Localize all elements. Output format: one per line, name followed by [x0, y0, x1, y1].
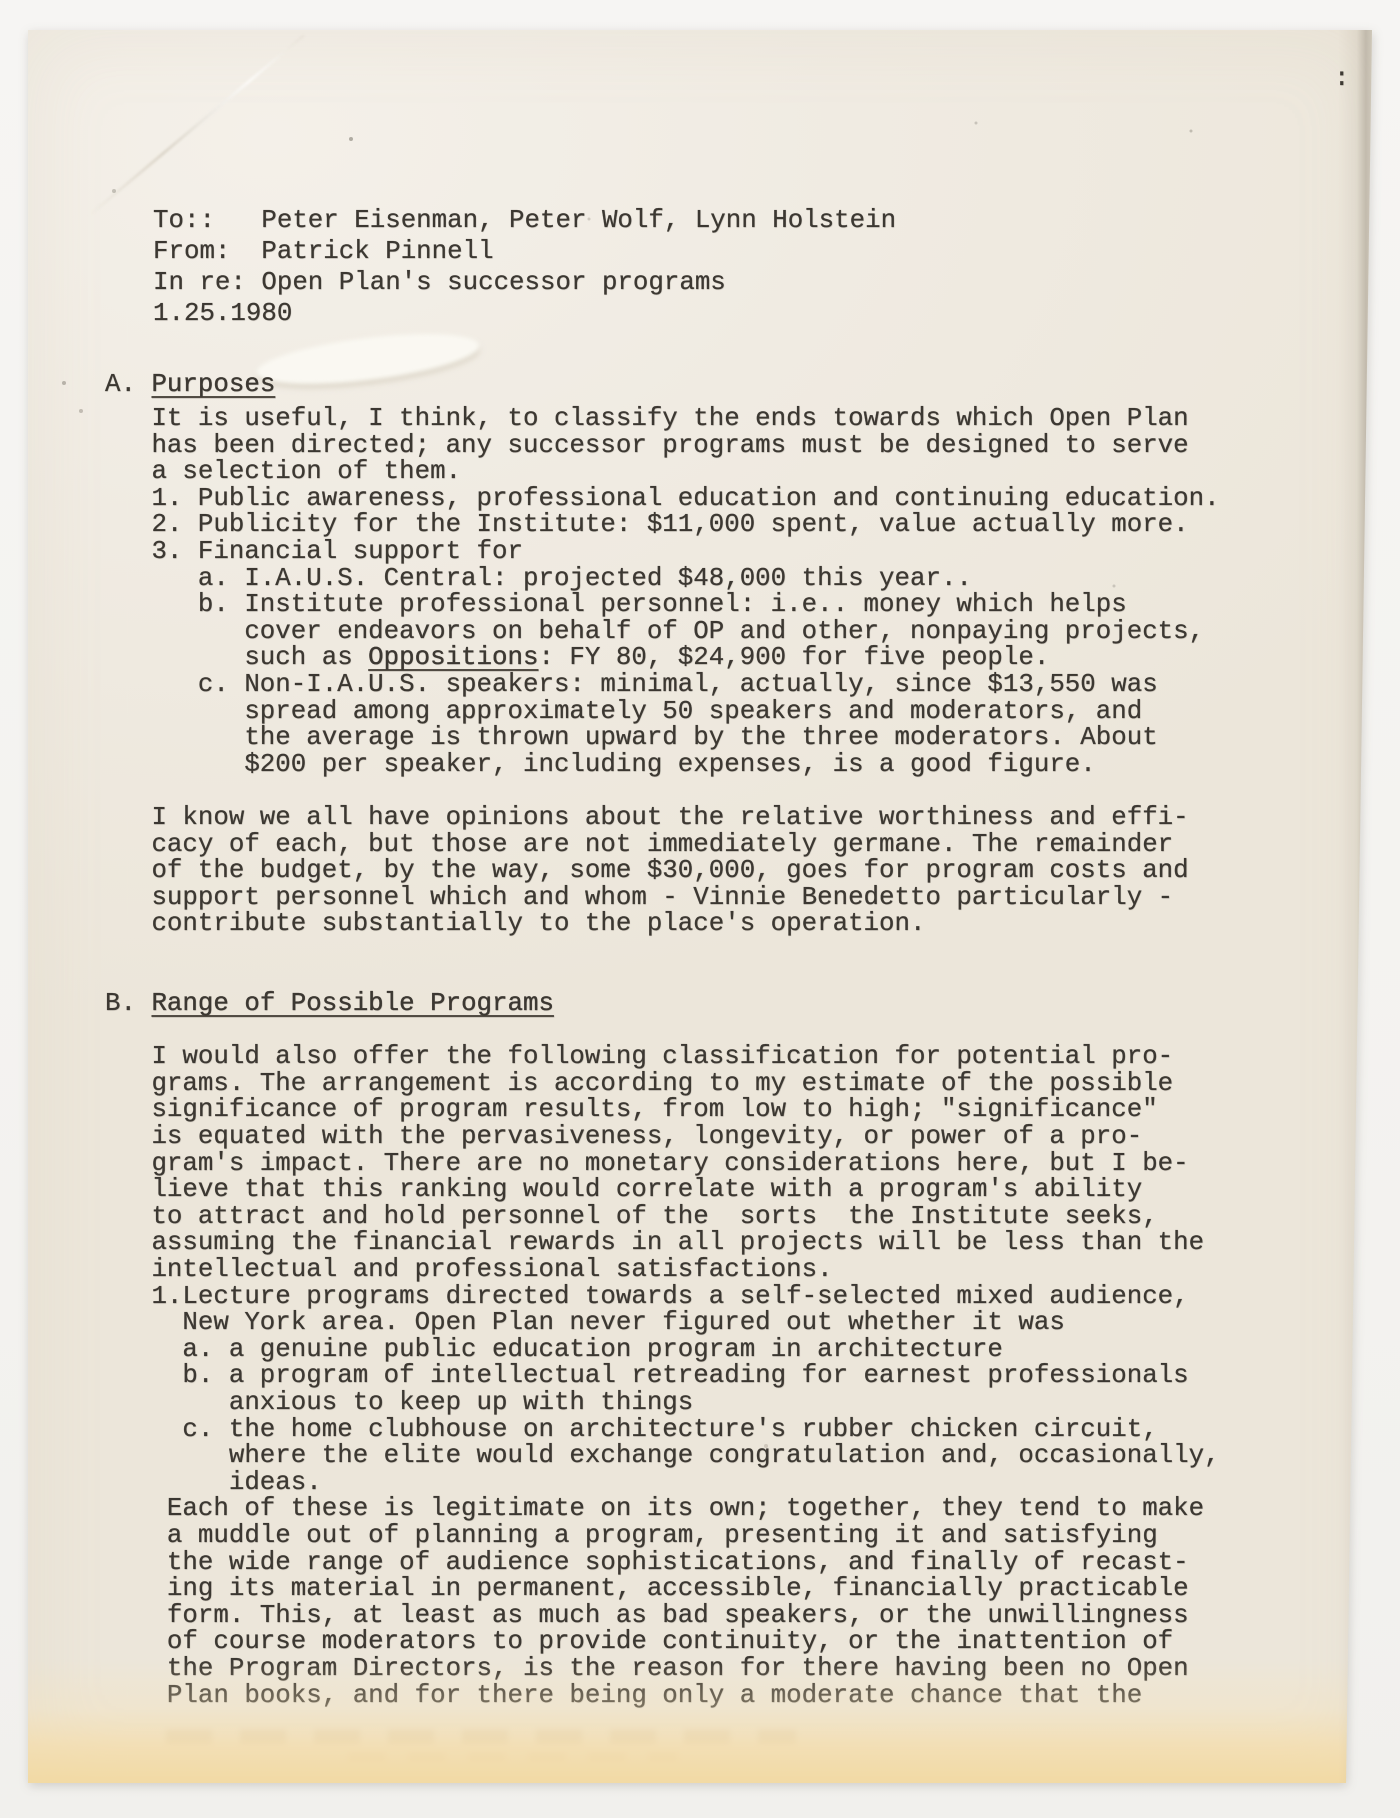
text-segment: : FY 80, $24,900 for five people. [538, 643, 1049, 672]
memo-page: : To:: Peter Eisenman, Peter Wolf, Lynn … [28, 30, 1372, 1783]
text-line: where the elite would exchange congratul… [105, 1441, 1220, 1468]
text-line: of course moderators to provide continui… [105, 1627, 1220, 1654]
fold-crease [87, 34, 305, 218]
text-line: a. I.A.U.S. Central: projected $48,000 t… [105, 564, 1220, 591]
text-line: b. a program of intellectual retreading … [105, 1361, 1220, 1388]
page-right-edge [1338, 24, 1372, 1812]
text-line: the average is thrown upward by the thre… [105, 723, 1220, 750]
text-line: contribute substantially to the place's … [105, 909, 1220, 936]
text-segment: B. [105, 989, 151, 1018]
text-line: to attract and hold personnel of the sor… [105, 1202, 1220, 1229]
scan-background: : To:: Peter Eisenman, Peter Wolf, Lynn … [0, 0, 1400, 1818]
text-line: grams. The arrangement is according to m… [105, 1069, 1220, 1096]
text-line: assuming the financial rewards in all pr… [105, 1228, 1220, 1255]
text-line: such as Oppositions: FY 80, $24,900 for … [105, 643, 1220, 670]
text-line: Each of these is legitimate on its own; … [105, 1494, 1220, 1521]
text-line: To:: Peter Eisenman, Peter Wolf, Lynn Ho… [153, 206, 896, 237]
text-line: B. Range of Possible Programs [105, 989, 1220, 1016]
text-line: cover endeavors on behalf of OP and othe… [105, 617, 1220, 644]
text-line: support personnel which and whom - Vinni… [105, 883, 1220, 910]
text-line [105, 936, 1220, 963]
section-a-heading: A. Purposes [105, 370, 275, 397]
text-line: 3. Financial support for [105, 537, 1220, 564]
text-line: significance of program results, from lo… [105, 1095, 1220, 1122]
text-line: is equated with the pervasiveness, longe… [105, 1122, 1220, 1149]
text-line: has been directed; any successor program… [105, 431, 1220, 458]
page-bottom-discoloration [28, 1658, 1372, 1783]
text-line: ideas. [105, 1468, 1220, 1495]
underlined-text: Range of Possible Programs [151, 989, 554, 1018]
text-line: 2. Publicity for the Institute: $11,000 … [105, 510, 1220, 537]
pink-scan-mark [1350, 1698, 1353, 1740]
text-line: a muddle out of planning a program, pres… [105, 1521, 1220, 1548]
text-line: spread among approximately 50 speakers a… [105, 697, 1220, 724]
text-line: c. Non-I.A.U.S. speakers: minimal, actua… [105, 670, 1220, 697]
text-line [105, 776, 1220, 803]
text-segment: A. [105, 370, 151, 399]
text-line: form. This, at least as much as bad spea… [105, 1601, 1220, 1628]
text-line: anxious to keep up with things [105, 1388, 1220, 1415]
underlined-text: Oppositions [368, 643, 538, 672]
paper-dent [254, 325, 481, 394]
text-line [105, 962, 1220, 989]
text-line: In re: Open Plan's successor programs [153, 268, 896, 299]
text-line: the wide range of audience sophisticatio… [105, 1548, 1220, 1575]
text-line: I know we all have opinions about the re… [105, 803, 1220, 830]
text-line: b. Institute professional personnel: i.e… [105, 590, 1220, 617]
text-line: a. a genuine public education program in… [105, 1335, 1220, 1362]
text-line: 1.Lecture programs directed towards a se… [105, 1282, 1220, 1309]
text-line: New York area. Open Plan never figured o… [105, 1308, 1220, 1335]
text-line: $200 per speaker, including expenses, is… [105, 750, 1220, 777]
text-line: 1. Public awareness, professional educat… [105, 484, 1220, 511]
text-line: a selection of them. [105, 457, 1220, 484]
text-line: lieve that this ranking would correlate … [105, 1175, 1220, 1202]
memo-body: It is useful, I think, to classify the e… [105, 404, 1220, 1707]
text-line: gram's impact. There are no monetary con… [105, 1149, 1220, 1176]
text-line: of the budget, by the way, some $30,000,… [105, 856, 1220, 883]
text-line: cacy of each, but those are not immediat… [105, 830, 1220, 857]
text-segment: such as [105, 643, 368, 672]
text-line: A. Purposes [105, 370, 275, 397]
scan-specks [28, 30, 30, 32]
text-line [105, 1016, 1220, 1043]
page-wrapper: : To:: Peter Eisenman, Peter Wolf, Lynn … [0, 0, 1400, 1818]
text-line: It is useful, I think, to classify the e… [105, 404, 1220, 431]
text-line: ing its material in permanent, accessibl… [105, 1574, 1220, 1601]
text-line: c. the home clubhouse on architecture's … [105, 1415, 1220, 1442]
text-line: From: Patrick Pinnell [153, 237, 896, 268]
text-line: intellectual and professional satisfacti… [105, 1255, 1220, 1282]
text-line: I would also offer the following classif… [105, 1042, 1220, 1069]
memo-header: To:: Peter Eisenman, Peter Wolf, Lynn Ho… [153, 206, 896, 330]
underlined-text: Purposes [151, 370, 275, 399]
text-line: 1.25.1980 [153, 299, 896, 330]
